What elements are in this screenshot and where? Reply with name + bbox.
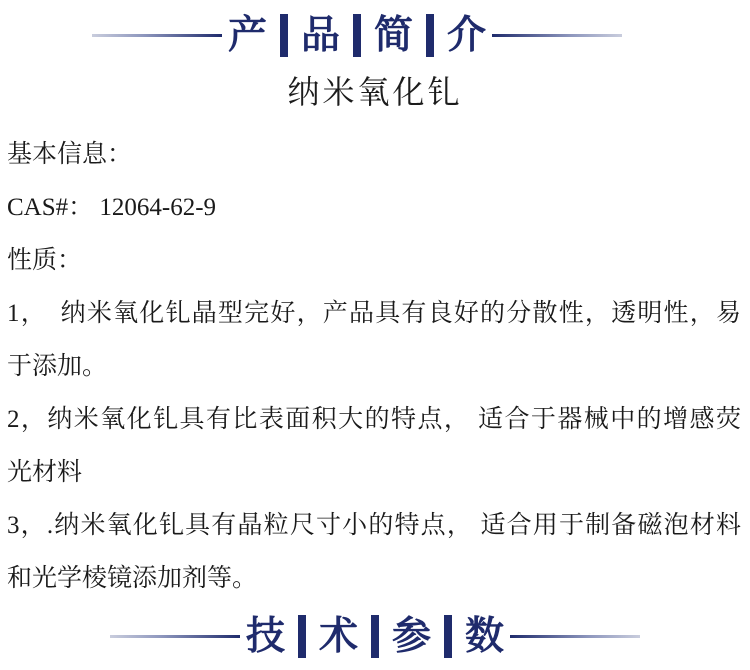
body-line-basic-info: 基本信息： xyxy=(7,128,741,181)
section-header-product-intro-text: 产 品 简 介 xyxy=(226,14,488,57)
body-line-property-1b: 于添加。 xyxy=(7,340,741,393)
body-line-property-3a: 3，.纳米氧化钆具有晶粒尺寸小的特点， 适合用于制备磁泡材料 xyxy=(7,499,741,552)
header-divider-left xyxy=(92,34,222,37)
header-separator-bar xyxy=(371,615,379,658)
header-char: 参 xyxy=(390,617,433,656)
body-line-cas-number: CAS#： 12064-62-9 xyxy=(7,181,741,234)
header-char: 介 xyxy=(445,16,488,55)
header-char: 术 xyxy=(317,617,360,656)
header-char: 品 xyxy=(299,16,342,55)
section-header-technical-params-text: 技 术 参 数 xyxy=(244,615,506,658)
section-header-technical-params: 技 术 参 数 xyxy=(0,611,750,661)
body-line-property-1a: 1， 纳米氧化钆晶型完好，产品具有良好的分散性，透明性，易 xyxy=(7,287,741,340)
header-separator-bar xyxy=(444,615,452,658)
header-divider-right xyxy=(510,635,640,638)
body-line-property-2a: 2，纳米氧化钆具有比表面积大的特点， 适合于器械中的增感荧 xyxy=(7,393,741,446)
header-separator-bar xyxy=(280,14,288,57)
body-line-property-2b: 光材料 xyxy=(7,446,741,499)
product-description: 基本信息： CAS#： 12064-62-9 性质： 1， 纳米氧化钆晶型完好，… xyxy=(0,128,750,605)
header-char: 技 xyxy=(244,617,287,656)
section-header-product-intro: 产 品 简 介 xyxy=(0,10,732,60)
header-separator-bar xyxy=(298,615,306,658)
header-char: 数 xyxy=(463,617,506,656)
header-divider-left xyxy=(110,635,240,638)
body-line-property-3b: 和光学棱镜添加剂等。 xyxy=(7,552,741,605)
product-title: 纳米氧化钆 xyxy=(0,72,750,112)
header-char: 简 xyxy=(372,16,415,55)
body-line-properties-label: 性质： xyxy=(7,234,741,287)
header-separator-bar xyxy=(426,14,434,57)
header-divider-right xyxy=(492,34,622,37)
product-intro-page: 产 品 简 介 纳米氧化钆 基本信息： CAS#： 12064-62-9 性质：… xyxy=(0,0,750,670)
header-separator-bar xyxy=(353,14,361,57)
header-char: 产 xyxy=(226,16,269,55)
